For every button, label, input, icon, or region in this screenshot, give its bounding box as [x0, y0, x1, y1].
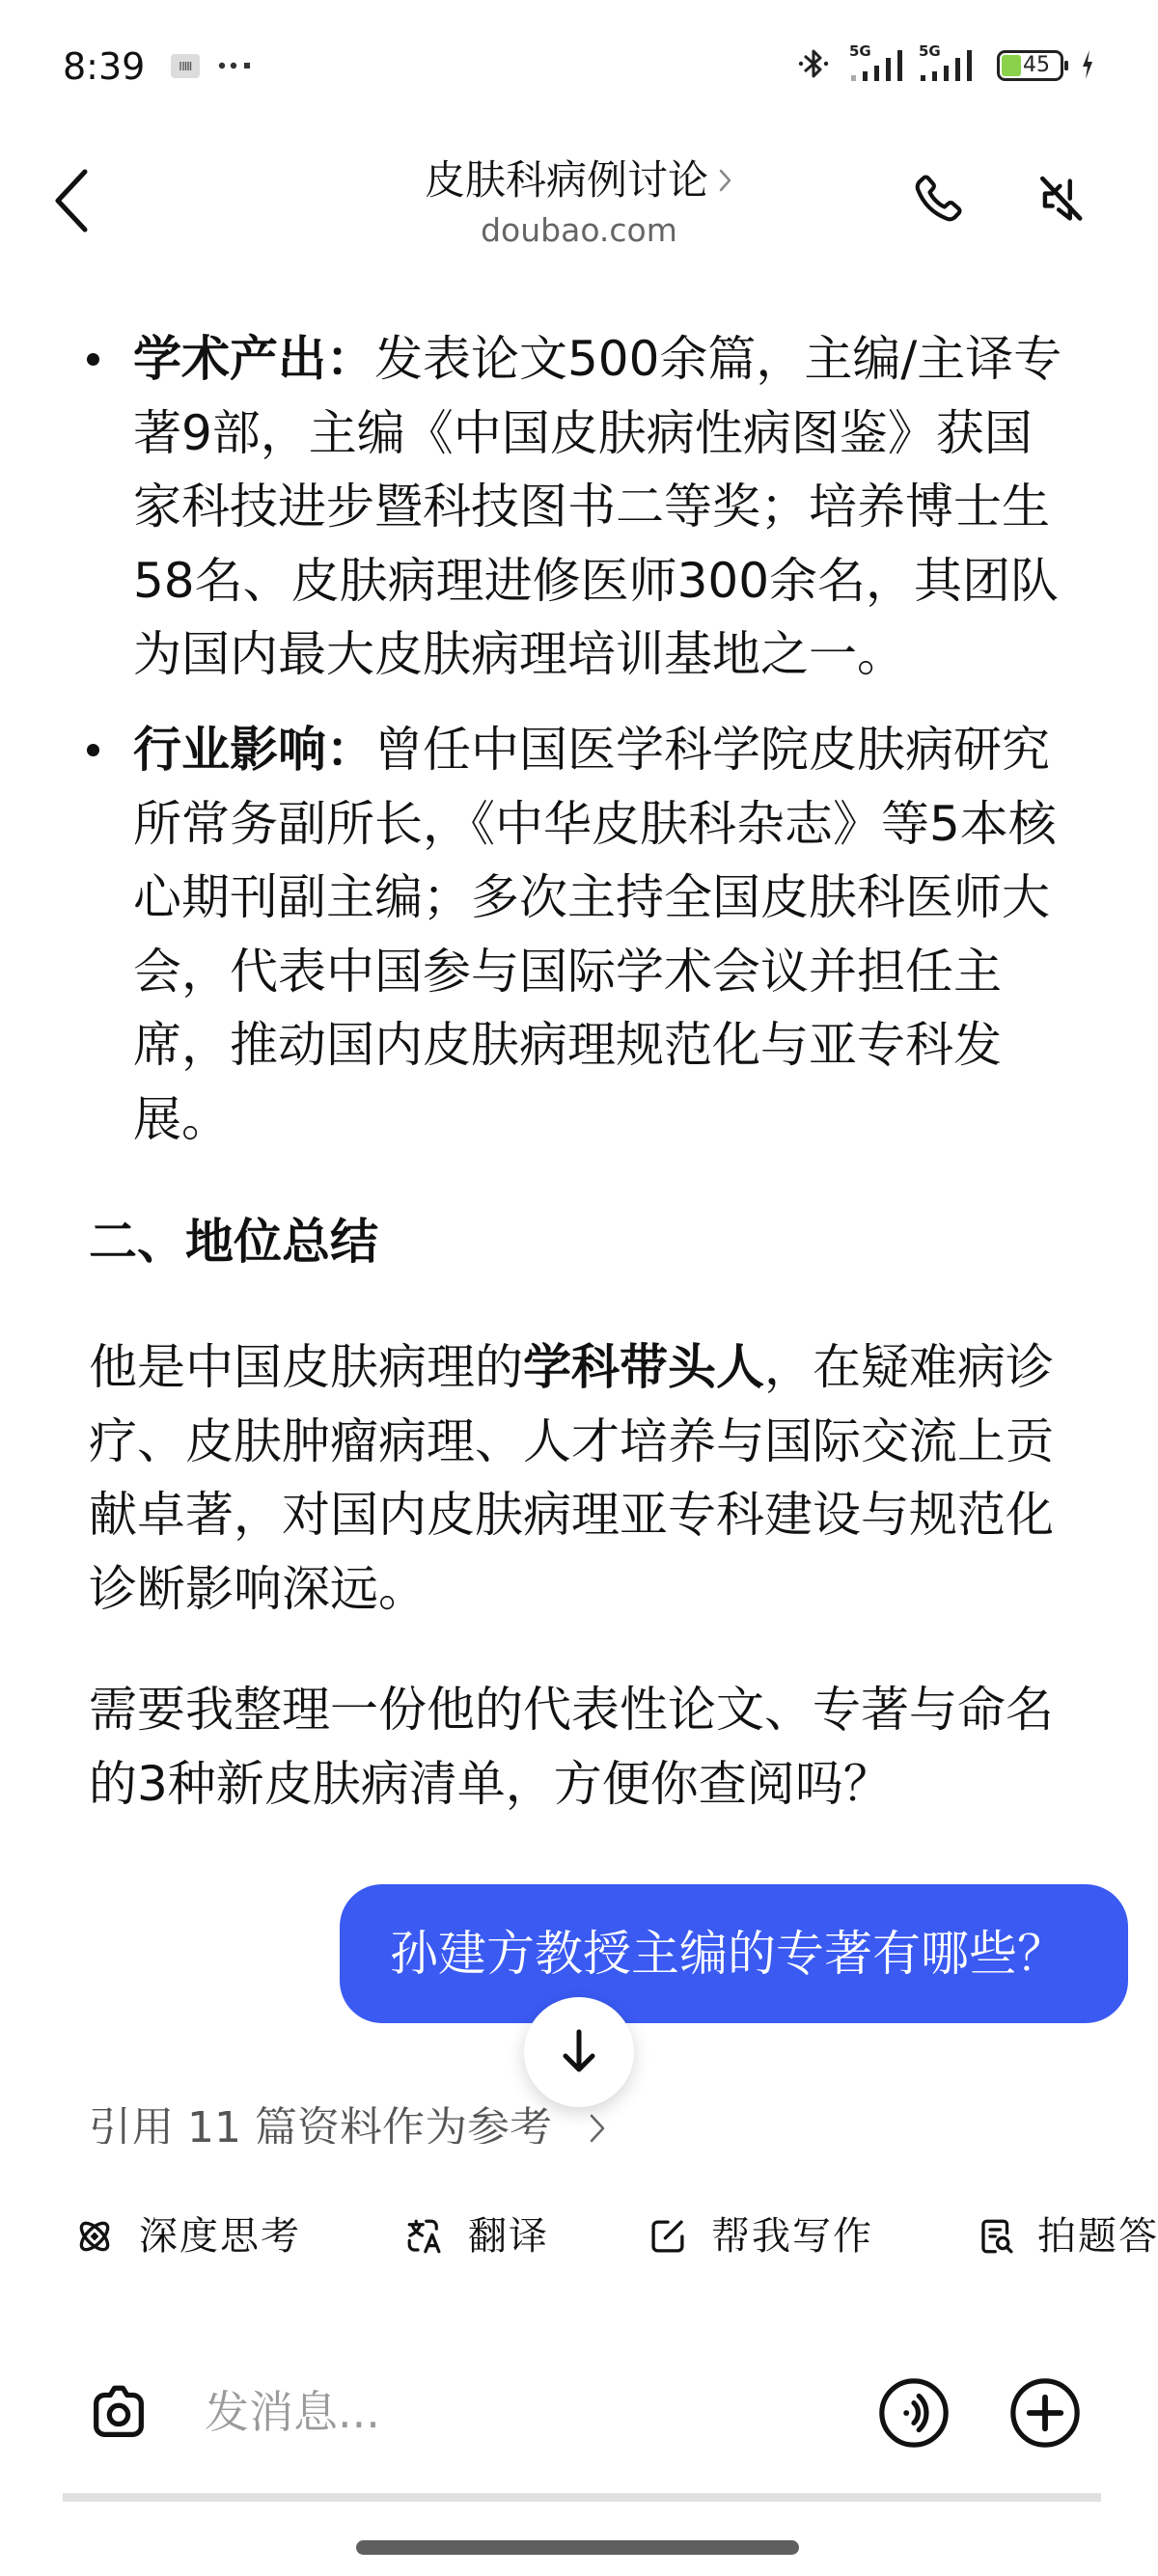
chat-subtitle: doubao.com: [0, 210, 1158, 251]
camera-button[interactable]: [83, 2378, 154, 2446]
text-line: 的3种新皮肤病清单，方便你查阅吗？: [89, 1747, 1054, 1822]
text-line: 献卓著，对国内皮肤病理亚专科建设与规范化: [89, 1478, 1054, 1552]
bullet-icon: [87, 744, 99, 756]
mute-speaker-button[interactable]: [1033, 170, 1092, 230]
cellular-signal-1-icon: 5G: [849, 44, 915, 83]
text-line: 著9部，主编《中国皮肤病性病图鉴》获国: [133, 397, 1061, 471]
text-line: 展。: [133, 1082, 1057, 1157]
home-indicator[interactable]: [356, 2540, 799, 2555]
bluetooth-icon: [796, 43, 831, 84]
text-line: 需要我整理一份他的代表性论文、专著与命名: [89, 1673, 1054, 1747]
phone-icon: [907, 170, 967, 230]
translate-button[interactable]: 翻译: [404, 2211, 568, 2261]
text-line: 家科技进步暨科技图书二等奖；培养博士生: [133, 470, 1061, 544]
text-line: 曾任中国医学科学院皮肤病研究: [374, 722, 1050, 778]
plus-circle-icon: [1007, 2375, 1083, 2451]
text-line: 会，代表中国参与国际学术会议并担任主: [133, 935, 1057, 1009]
bottom-panel: 深度思考 翻译 帮我写作 拍题答: [0, 2144, 1158, 2576]
text-line: 所常务副所长，《中华皮肤科杂志》等5本核: [133, 787, 1057, 862]
text-segment: 他是中国皮肤病理的: [89, 1339, 523, 1395]
text-line: 诊断影响深远。: [89, 1552, 1054, 1627]
help-me-write-button[interactable]: 帮我写作: [648, 2211, 898, 2261]
charging-icon: [1080, 48, 1095, 81]
voice-wave-icon: [876, 2375, 951, 2451]
bullet-title: 行业影响：: [133, 722, 374, 778]
chat-title: 皮肤科病例讨论: [425, 154, 708, 206]
summary-paragraph: 他是中国皮肤病理的学科带头人，在疑难病诊 疗、皮肤肿瘤病理、人才培养与国际交流上…: [89, 1330, 1054, 1626]
message-input[interactable]: [205, 2383, 841, 2441]
text-line: 发表论文500余篇，主编/主译专: [374, 331, 1061, 387]
scroll-to-bottom-button[interactable]: [524, 1997, 634, 2107]
translate-icon: [404, 2216, 445, 2257]
toolbar-item-label: 帮我写作: [711, 2211, 873, 2261]
speaker-muted-icon: [1033, 170, 1092, 230]
text-segment: ，在疑难病诊: [764, 1339, 1054, 1395]
chevron-right-icon: [587, 2111, 608, 2146]
bold-text: 学科带头人: [523, 1339, 764, 1395]
text-line: 为国内最大皮肤病理培训基地之一。: [133, 617, 1061, 692]
cellular-signal-2-icon: 5G: [919, 44, 984, 83]
battery-icon: 45: [997, 50, 1070, 81]
photo-question-button[interactable]: 拍题答: [977, 2211, 1158, 2261]
notification-app-icon: [171, 54, 200, 78]
toolbar-item-label: 深度思考: [139, 2211, 301, 2261]
battery-level: 45: [1014, 52, 1059, 79]
followup-paragraph: 需要我整理一份他的代表性论文、专著与命名 的3种新皮肤病清单，方便你查阅吗？: [89, 1673, 1054, 1821]
text-line: 心期刊副主编；多次主持全国皮肤科医师大: [133, 861, 1057, 935]
toolbar-item-label: 拍题答: [1037, 2211, 1158, 2261]
bullet-icon: [87, 353, 99, 366]
deep-think-button[interactable]: 深度思考: [74, 2211, 325, 2261]
bullet-title: 学术产出：: [133, 331, 374, 387]
voice-input-button[interactable]: [876, 2375, 951, 2451]
text-line: 58名、皮肤病理进修医师300余名，其团队: [133, 544, 1061, 618]
user-message-bubble[interactable]: 孙建方教授主编的专著有哪些？: [340, 1884, 1128, 2023]
more-options-button[interactable]: [1007, 2375, 1083, 2451]
atom-icon: [74, 2216, 115, 2257]
chevron-right-icon: [716, 166, 733, 195]
user-message-text: 孙建方教授主编的专著有哪些？: [390, 1884, 1065, 2023]
network-type-label: 5G: [919, 44, 941, 59]
text-line: 席，推动国内皮肤病理规范化与亚专科发: [133, 1008, 1057, 1082]
section-heading: 二、地位总结: [89, 1205, 378, 1279]
more-notifications-icon: [216, 59, 255, 72]
camera-icon: [83, 2378, 154, 2446]
photo-search-icon: [977, 2216, 1017, 2257]
arrow-down-icon: [556, 2026, 602, 2078]
edit-icon: [648, 2216, 688, 2257]
chat-title-button[interactable]: 皮肤科病例讨论: [0, 154, 1158, 206]
toolbar-item-label: 翻译: [468, 2211, 549, 2261]
network-type-label: 5G: [849, 44, 871, 59]
composer-divider: [63, 2493, 1101, 2502]
status-time: 8:39: [63, 44, 145, 89]
text-line: 疗、皮肤肿瘤病理、人才培养与国际交流上贡: [89, 1405, 1054, 1479]
voice-call-button[interactable]: [907, 170, 967, 230]
